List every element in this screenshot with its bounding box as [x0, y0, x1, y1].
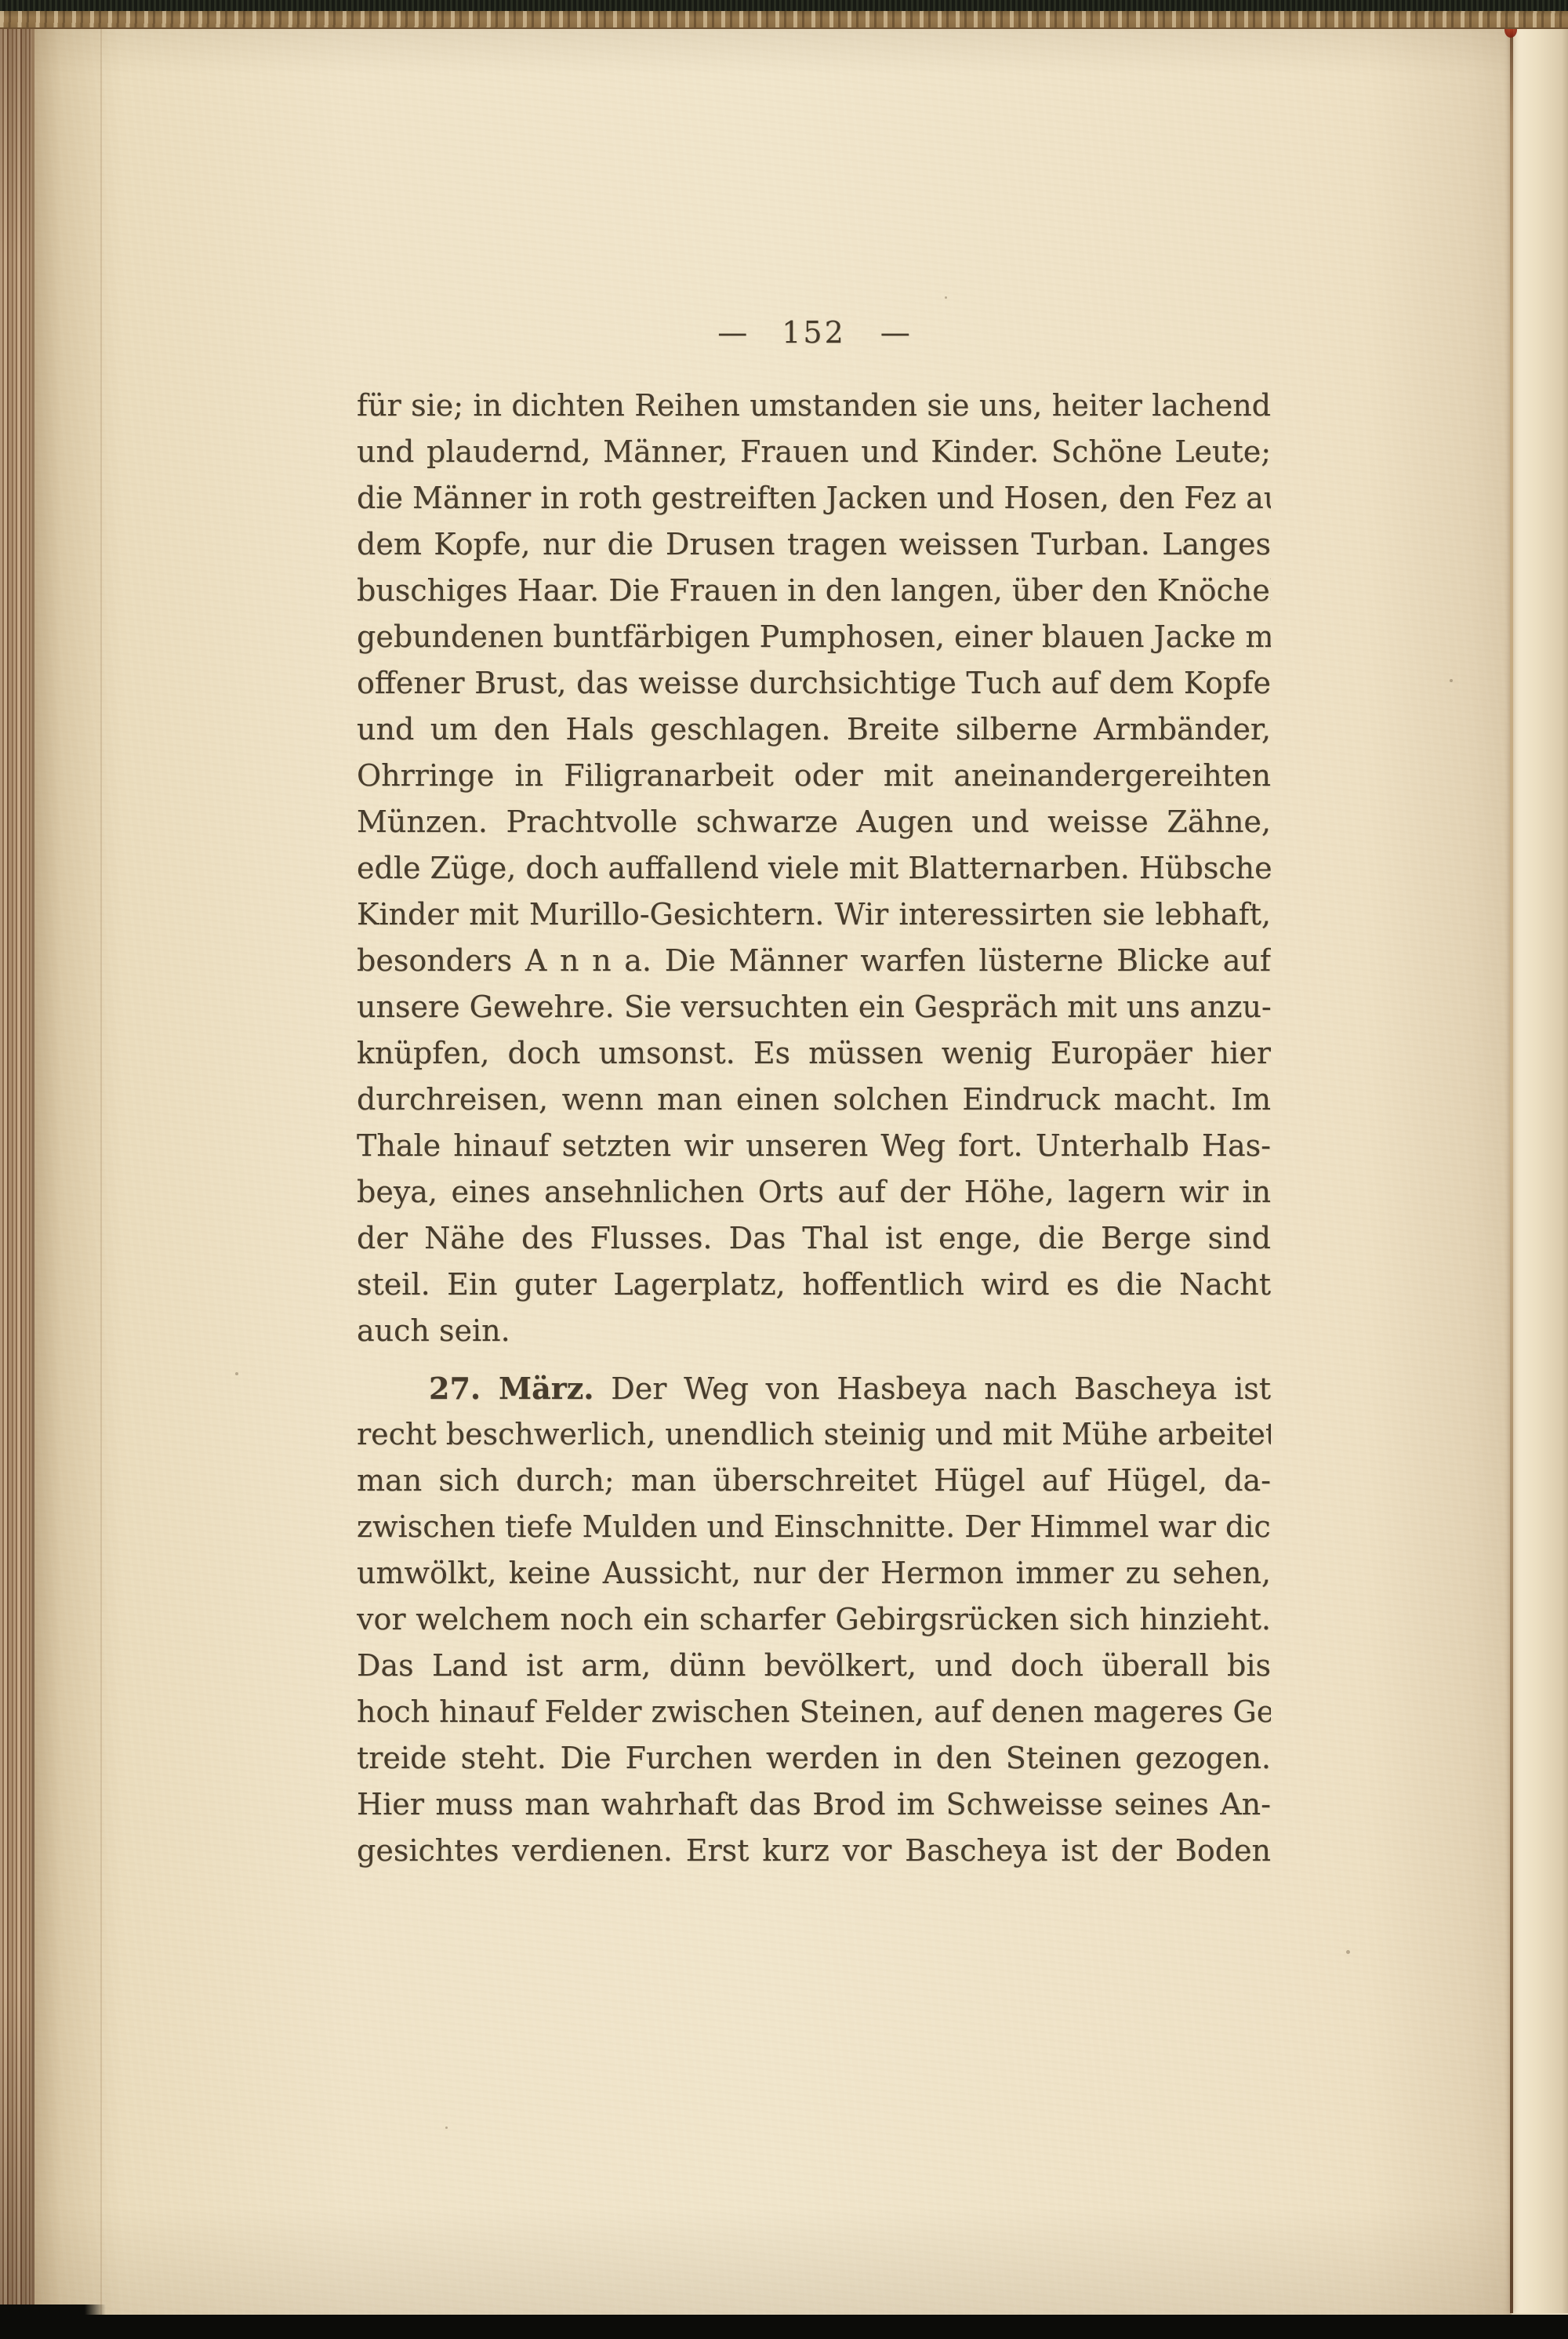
text-line: besonders A n n a. Die Männer warfen lüs…: [357, 938, 1271, 984]
text-line: dem Kopfe, nur die Drusen tragen weissen…: [357, 521, 1271, 568]
text-line: Ohrringe in Filigranarbeit oder mit anei…: [357, 753, 1271, 799]
text-block: für sie; in dichten Reihen umstanden sie…: [357, 383, 1271, 1874]
page-crease: [1510, 27, 1513, 2313]
dust-speck: [235, 1372, 238, 1375]
text-line: unsere Gewehre. Sie versuchten ein Gespr…: [357, 984, 1271, 1030]
text-line: edle Züge, doch auffallend viele mit Bla…: [357, 845, 1271, 892]
text-line: zwischen tiefe Mulden und Einschnitte. D…: [357, 1504, 1271, 1550]
book-cover-top-edge: [0, 0, 1568, 11]
text-line: Kinder mit Murillo-Gesichtern. Wir inter…: [357, 892, 1271, 938]
book-cover-bottom-edge: [0, 2315, 1568, 2339]
dust-speck: [945, 296, 947, 299]
text-line: Münzen. Prachtvolle schwarze Augen und w…: [357, 799, 1271, 845]
page-edges-top: [0, 11, 1568, 29]
text-line: und plaudernd, Männer, Frauen und Kinder…: [357, 429, 1271, 475]
text-line: beya, eines ansehnlichen Orts auf der Hö…: [357, 1169, 1271, 1215]
text-line: steil. Ein guter Lagerplatz, hoffentlich…: [357, 1262, 1271, 1308]
paragraph-date-lead: 27. März.: [429, 1371, 594, 1406]
header-dash-left: —: [717, 315, 747, 350]
dust-speck: [1346, 1950, 1350, 1954]
page-header: —152—: [357, 312, 1271, 353]
text-line: auch sein.: [357, 1308, 1271, 1354]
text-line: hoch hinauf Felder zwischen Steinen, auf…: [357, 1689, 1271, 1735]
text-line: man sich durch; man überschreitet Hügel …: [357, 1458, 1271, 1504]
text-line: 27. März. Der Weg von Hasbeya nach Basch…: [357, 1365, 1271, 1411]
facing-page-edge: [1513, 27, 1568, 2313]
page-fold-line: [100, 27, 102, 2315]
text-line: Das Land ist arm, dünn bevölkert, und do…: [357, 1643, 1271, 1689]
header-dash-right: —: [880, 315, 910, 350]
gutter-page-edges: [0, 27, 31, 2313]
scanned-book-page: —152— für sie; in dichten Reihen umstand…: [0, 0, 1568, 2339]
text-line: knüpfen, doch umsonst. Es müssen wenig E…: [357, 1030, 1271, 1077]
text-line: durchreisen, wenn man einen solchen Eind…: [357, 1077, 1271, 1123]
gutter-edge-line: [31, 27, 34, 2313]
dust-speck: [445, 2127, 448, 2129]
text-line: buschiges Haar. Die Frauen in den langen…: [357, 568, 1271, 614]
text-line: vor welchem noch ein scharfer Gebirgsrüc…: [357, 1596, 1271, 1643]
text-line: treide steht. Die Furchen werden in den …: [357, 1735, 1271, 1781]
text-line: gesichtes verdienen. Erst kurz vor Basch…: [357, 1828, 1271, 1874]
text-line: die Männer in roth gestreiften Jacken un…: [357, 475, 1271, 521]
text-line: für sie; in dichten Reihen umstanden sie…: [357, 383, 1271, 429]
text-line: Thale hinauf setzten wir unseren Weg for…: [357, 1123, 1271, 1169]
text-line: der Nähe des Flusses. Das Thal ist enge,…: [357, 1215, 1271, 1262]
dust-speck: [1450, 679, 1453, 682]
text-line: und um den Hals geschlagen. Breite silbe…: [357, 706, 1271, 753]
text-line: recht beschwerlich, unendlich steinig un…: [357, 1411, 1271, 1458]
text-line: offener Brust, das weisse durchsichtige …: [357, 660, 1271, 706]
page-number: 152: [782, 315, 846, 350]
text-line: umwölkt, keine Aussicht, nur der Hermon …: [357, 1550, 1271, 1596]
text-line: Hier muss man wahrhaft das Brod im Schwe…: [357, 1781, 1271, 1828]
text-line: gebundenen buntfärbigen Pumphosen, einer…: [357, 614, 1271, 660]
